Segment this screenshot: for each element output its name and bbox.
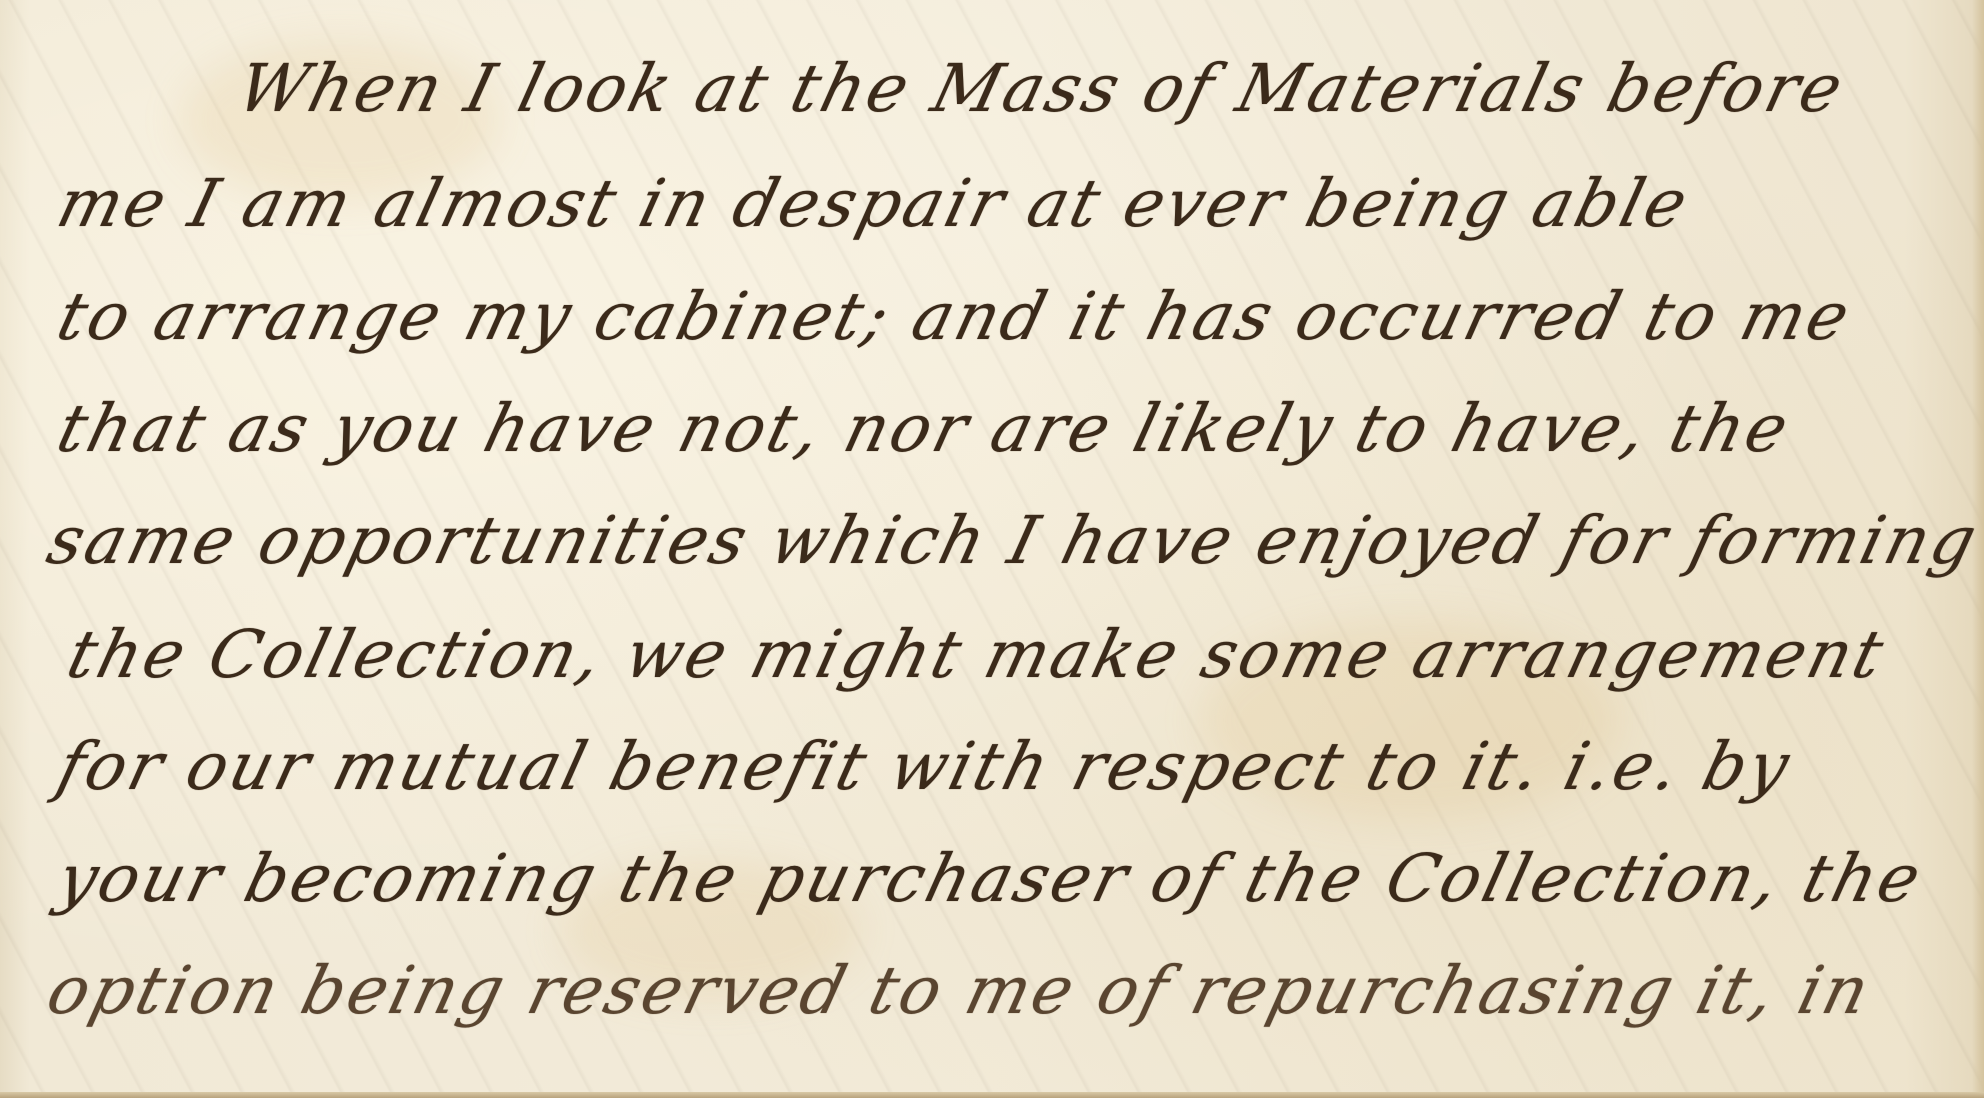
text-line-9: option being reserved to me of repurchas… xyxy=(40,952,1880,1029)
text-line-4: that as you have not, nor are likely to … xyxy=(50,390,1799,467)
text-line-5: same opportunities which I have enjoyed … xyxy=(40,502,1984,579)
text-line-3: to arrange my cabinet; and it has occurr… xyxy=(50,278,1860,355)
manuscript-page: When I look at the Mass of Materials bef… xyxy=(0,0,1984,1098)
page-right-edge xyxy=(1972,0,1984,1098)
text-line-1: When I look at the Mass of Materials bef… xyxy=(230,50,1853,127)
text-line-8: your becoming the purchaser of the Colle… xyxy=(50,840,1931,917)
page-bottom-edge xyxy=(0,1092,1984,1098)
text-line-7: for our mutual benefit with respect to i… xyxy=(50,728,1799,805)
text-line-2: me I am almost in despair at ever being … xyxy=(50,165,1698,242)
text-line-6: the Collection, we might make some arran… xyxy=(60,616,1894,693)
